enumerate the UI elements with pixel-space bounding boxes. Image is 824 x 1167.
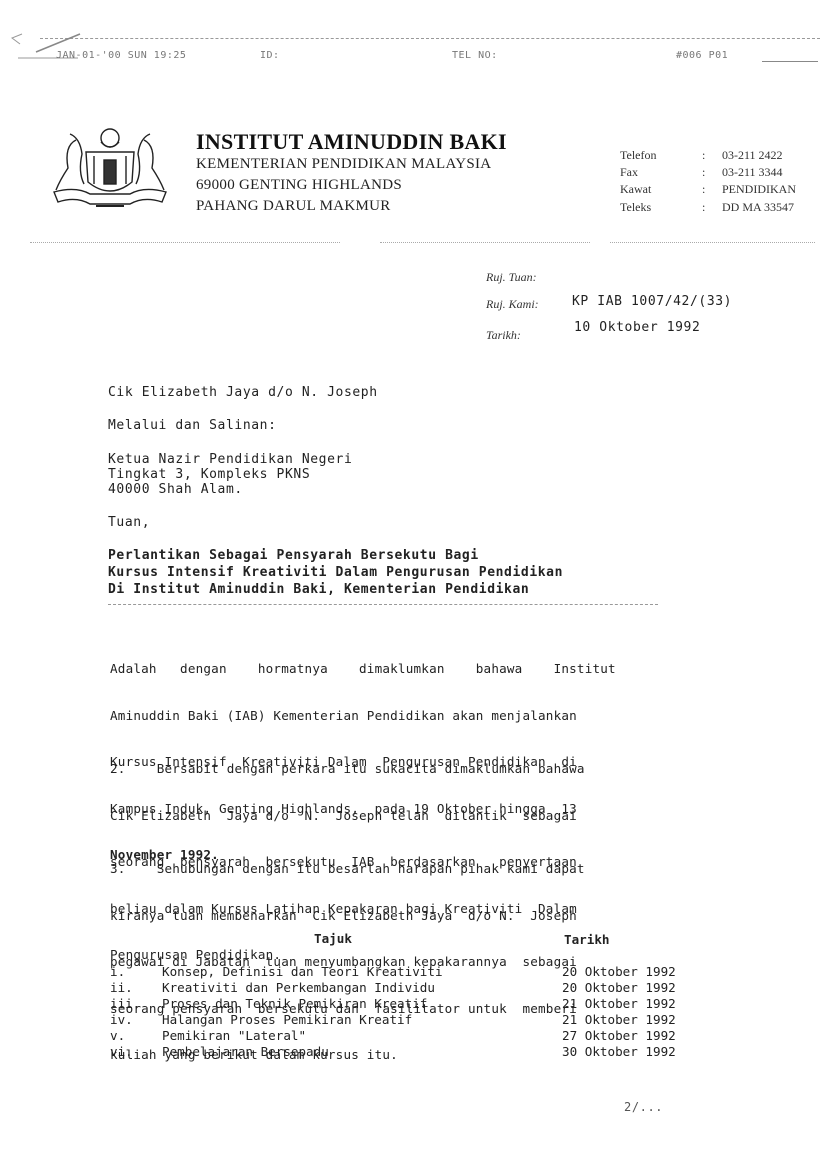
letterhead-line-state: PAHANG DARUL MAKMUR bbox=[196, 198, 391, 215]
row-topic: Konsep, Definisi dan Teori Kreativiti bbox=[162, 964, 443, 979]
via-label: Melalui dan Salinan: bbox=[108, 418, 277, 433]
ruj-tuan-label: Ruj. Tuan: bbox=[486, 270, 537, 285]
paragraph-line: 3. Sehubungan dengan itu besarlah harapa… bbox=[110, 861, 585, 877]
contact-sep: : bbox=[702, 165, 705, 180]
row-date: 20 Oktober 1992 bbox=[562, 980, 676, 995]
subject-underline bbox=[108, 604, 658, 605]
row-number: vi. bbox=[110, 1044, 133, 1059]
column-header-date: Tarikh bbox=[564, 932, 610, 947]
paragraph-line: Cik Elizabeth Jaya d/o N. Joseph telah d… bbox=[110, 808, 585, 824]
fax-scribble-icon bbox=[8, 28, 88, 68]
row-topic: Pemikiran "Lateral" bbox=[162, 1028, 306, 1043]
contact-value-fax: 03-211 3344 bbox=[722, 165, 783, 180]
fax-datetime: JAN-01-'00 SUN 19:25 bbox=[56, 50, 186, 61]
letterhead-line-postcode: 69000 GENTING HIGHLANDS bbox=[196, 177, 402, 194]
paragraph-line: Adalah dengan hormatnya dimaklumkan baha… bbox=[110, 661, 616, 677]
institution-title: INSTITUT AMINUDDIN BAKI bbox=[196, 129, 507, 155]
contact-value-telefon: 03-211 2422 bbox=[722, 148, 783, 163]
fax-top-rule bbox=[40, 38, 820, 39]
subject-line-2: Kursus Intensif Kreativiti Dalam Penguru… bbox=[108, 565, 563, 580]
letterhead-divider-left bbox=[30, 242, 340, 243]
page-continuation: 2/... bbox=[624, 1100, 663, 1114]
address-line-1: Ketua Nazir Pendidikan Negeri bbox=[108, 452, 352, 467]
letter-date: 10 Oktober 1992 bbox=[574, 320, 700, 335]
row-number: iv. bbox=[110, 1012, 133, 1027]
row-date: 21 Oktober 1992 bbox=[562, 1012, 676, 1027]
fax-tel-label: TEL NO: bbox=[452, 50, 498, 61]
row-date: 20 Oktober 1992 bbox=[562, 964, 676, 979]
row-number: v. bbox=[110, 1028, 125, 1043]
letterhead-line-ministry: KEMENTERIAN PENDIDIKAN MALAYSIA bbox=[196, 156, 491, 173]
subject-line-3: Di Institut Aminuddin Baki, Kementerian … bbox=[108, 582, 529, 597]
fax-id-label: ID: bbox=[260, 50, 280, 61]
row-number: iii. bbox=[110, 996, 140, 1011]
tarikh-label: Tarikh: bbox=[486, 328, 521, 343]
coat-of-arms-icon bbox=[46, 120, 174, 218]
letterhead-divider-mid bbox=[380, 242, 590, 243]
contact-label-kawat: Kawat bbox=[620, 182, 651, 197]
paragraph-line: Aminuddin Baki (IAB) Kementerian Pendidi… bbox=[110, 708, 616, 724]
row-number: i. bbox=[110, 964, 125, 979]
recipient-name: Cik Elizabeth Jaya d/o N. Joseph bbox=[108, 385, 378, 400]
fax-page-code: #006 P01 bbox=[676, 50, 728, 61]
row-number: ii. bbox=[110, 980, 133, 995]
contact-sep: : bbox=[702, 148, 705, 163]
ruj-kami-value: KP IAB 1007/42/(33) bbox=[572, 294, 732, 309]
contact-label-teleks: Teleks bbox=[620, 200, 651, 215]
column-header-topic: Tajuk bbox=[314, 931, 352, 946]
row-date: 27 Oktober 1992 bbox=[562, 1028, 676, 1043]
contact-label-telefon: Telefon bbox=[620, 148, 656, 163]
contact-label-fax: Fax bbox=[620, 165, 638, 180]
row-date: 21 Oktober 1992 bbox=[562, 996, 676, 1011]
letterhead-divider-right bbox=[610, 242, 815, 243]
contact-value-teleks: DD MA 33547 bbox=[722, 200, 794, 215]
paragraph-line: kiranya tuan membenarkan Cik Elizabeth J… bbox=[110, 908, 585, 924]
subject-line-1: Perlantikan Sebagai Pensyarah Bersekutu … bbox=[108, 548, 479, 563]
row-topic: Pembelajaran Bersepadu bbox=[162, 1044, 329, 1059]
address-line-3: 40000 Shah Alam. bbox=[108, 482, 243, 497]
address-line-2: Tingkat 3, Kompleks PKNS bbox=[108, 467, 310, 482]
paragraph-line: 2. Bersabit dengan perkara itu sukacita … bbox=[110, 761, 585, 777]
row-topic: Kreativiti dan Perkembangan Individu bbox=[162, 980, 435, 995]
row-topic: Proses dan Teknik Pemikiran Kreatif bbox=[162, 996, 427, 1011]
fax-rule-right bbox=[762, 61, 818, 62]
contact-value-kawat: PENDIDIKAN bbox=[722, 182, 796, 197]
row-topic: Halangan Proses Pemikiran Kreatif bbox=[162, 1012, 412, 1027]
ruj-kami-label: Ruj. Kami: bbox=[486, 297, 539, 312]
salutation: Tuan, bbox=[108, 515, 150, 530]
contact-sep: : bbox=[702, 182, 705, 197]
contact-sep: : bbox=[702, 200, 705, 215]
row-date: 30 Oktober 1992 bbox=[562, 1044, 676, 1059]
